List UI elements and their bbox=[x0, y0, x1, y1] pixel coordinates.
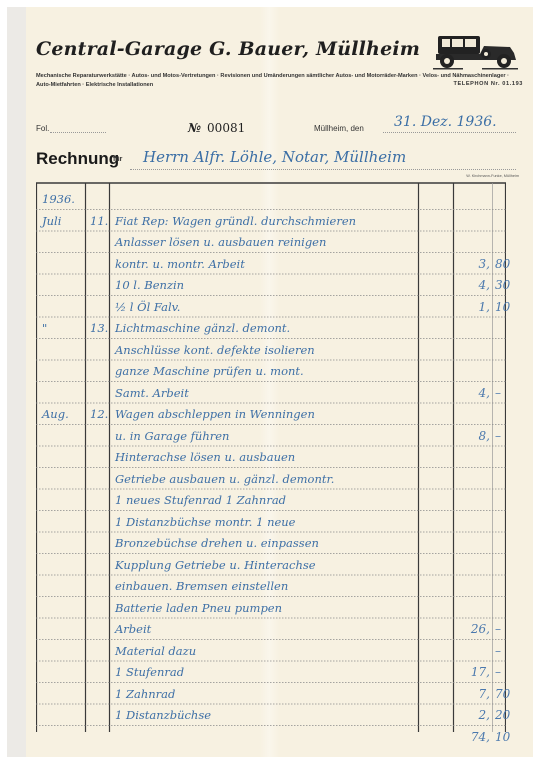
entry-month: 1936. bbox=[42, 192, 75, 206]
entry-description: 1 Distanzbüchse montr. 1 neue bbox=[115, 515, 296, 529]
entry-description: Hinterachse lösen u. ausbauen bbox=[115, 450, 295, 464]
entry-amount-francs: 3, bbox=[479, 257, 490, 271]
entry-month: Juli bbox=[42, 214, 61, 228]
entry-amount-francs: 17, bbox=[471, 665, 490, 679]
entry-amount-francs: 7, bbox=[479, 687, 490, 701]
entry-description: Wagen abschleppen in Wenningen bbox=[115, 407, 315, 421]
entry-day: 12. bbox=[90, 407, 108, 421]
entry-description: Anschlüsse kont. defekte isolieren bbox=[115, 343, 315, 357]
entry-month: Aug. bbox=[42, 407, 69, 421]
entry-amount-francs: 4, bbox=[479, 386, 490, 400]
entry-description: ganze Maschine prüfen u. mont. bbox=[115, 364, 304, 378]
entry-description: ½ l Öl Falv. bbox=[115, 300, 180, 314]
company-name: Central-Garage G. Bauer, Müllheim bbox=[36, 38, 420, 60]
entry-amount-francs: 2, bbox=[479, 708, 490, 722]
entry-amount-rappen: 80 bbox=[495, 257, 510, 271]
customer-field-line bbox=[130, 169, 516, 170]
entry-amount-rappen: – bbox=[495, 644, 501, 658]
entry-amount-rappen: 10 bbox=[495, 300, 510, 314]
entry-amount-francs: 26, bbox=[471, 622, 490, 636]
entry-description: Kupplung Getriebe u. Hinterachse bbox=[115, 558, 316, 572]
total-francs: 74, bbox=[471, 730, 490, 744]
printer-credit: W. Kirchmann-Funke, Müllheim bbox=[466, 174, 519, 178]
entry-description: Bronzebüchse drehen u. einpassen bbox=[115, 536, 319, 550]
entry-amount-francs: 4, bbox=[479, 278, 490, 292]
total-rappen: 10 bbox=[495, 730, 510, 744]
invoice-date: 31. Dez. 1936. bbox=[394, 114, 497, 130]
entry-description: 1 neues Stufenrad 1 Zahnrad bbox=[115, 493, 286, 507]
entry-description: einbauen. Bremsen einstellen bbox=[115, 579, 288, 593]
entry-description: Arbeit bbox=[115, 622, 151, 636]
entry-amount-francs: 1, bbox=[479, 300, 490, 314]
entry-description: 10 l. Benzin bbox=[115, 278, 184, 292]
for-label: für bbox=[113, 156, 122, 163]
invoice-number: №00081 bbox=[188, 121, 245, 135]
entry-day: 11. bbox=[90, 214, 108, 228]
folio-field bbox=[50, 132, 106, 133]
entry-description: Batterie laden Pneu pumpen bbox=[115, 601, 282, 615]
entry-description: 1 Distanzbüchse bbox=[115, 708, 211, 722]
entry-amount-rappen: 30 bbox=[495, 278, 510, 292]
entry-description: Lichtmaschine gänzl. demont. bbox=[115, 321, 290, 335]
entry-amount-rappen: – bbox=[495, 386, 501, 400]
scan-edge bbox=[7, 7, 27, 757]
invoice-number-value: 00081 bbox=[207, 121, 245, 135]
entry-description: 1 Zahnrad bbox=[115, 687, 175, 701]
place-label: Müllheim, den bbox=[314, 124, 364, 133]
entry-description: 1 Stufenrad bbox=[115, 665, 184, 679]
date-field-line bbox=[383, 132, 516, 133]
folio-label: Fol. bbox=[36, 124, 49, 133]
number-symbol: № bbox=[188, 121, 201, 135]
entry-amount-rappen: – bbox=[495, 429, 501, 443]
entry-description: u. in Garage führen bbox=[115, 429, 229, 443]
invoice-title: Rechnung bbox=[36, 149, 119, 169]
entry-description: Anlasser lösen u. ausbauen reinigen bbox=[115, 235, 326, 249]
entry-description: Samt. Arbeit bbox=[115, 386, 189, 400]
entry-description: Material dazu bbox=[115, 644, 196, 658]
services-line: Mechanische Reparaturwerkstätte · Autos-… bbox=[36, 72, 524, 90]
entry-description: Fiat Rep: Wagen gründl. durchschmieren bbox=[115, 214, 356, 228]
entry-description: kontr. u. montr. Arbeit bbox=[115, 257, 245, 271]
entry-amount-rappen: 20 bbox=[495, 708, 510, 722]
entry-amount-rappen: 70 bbox=[495, 687, 510, 701]
customer-name: Herrn Alfr. Löhle, Notar, Müllheim bbox=[143, 148, 406, 166]
vintage-car-icon bbox=[432, 33, 522, 71]
telephone-number: TELEPHON Nr. 01.193 bbox=[453, 81, 523, 87]
entry-amount-rappen: – bbox=[495, 622, 501, 636]
entry-amount-rappen: – bbox=[495, 665, 501, 679]
entry-day: 13. bbox=[90, 321, 108, 335]
entry-amount-francs: 8, bbox=[479, 429, 490, 443]
entry-month: " bbox=[42, 321, 47, 335]
entry-description: Getriebe ausbauen u. gänzl. demontr. bbox=[115, 472, 334, 486]
